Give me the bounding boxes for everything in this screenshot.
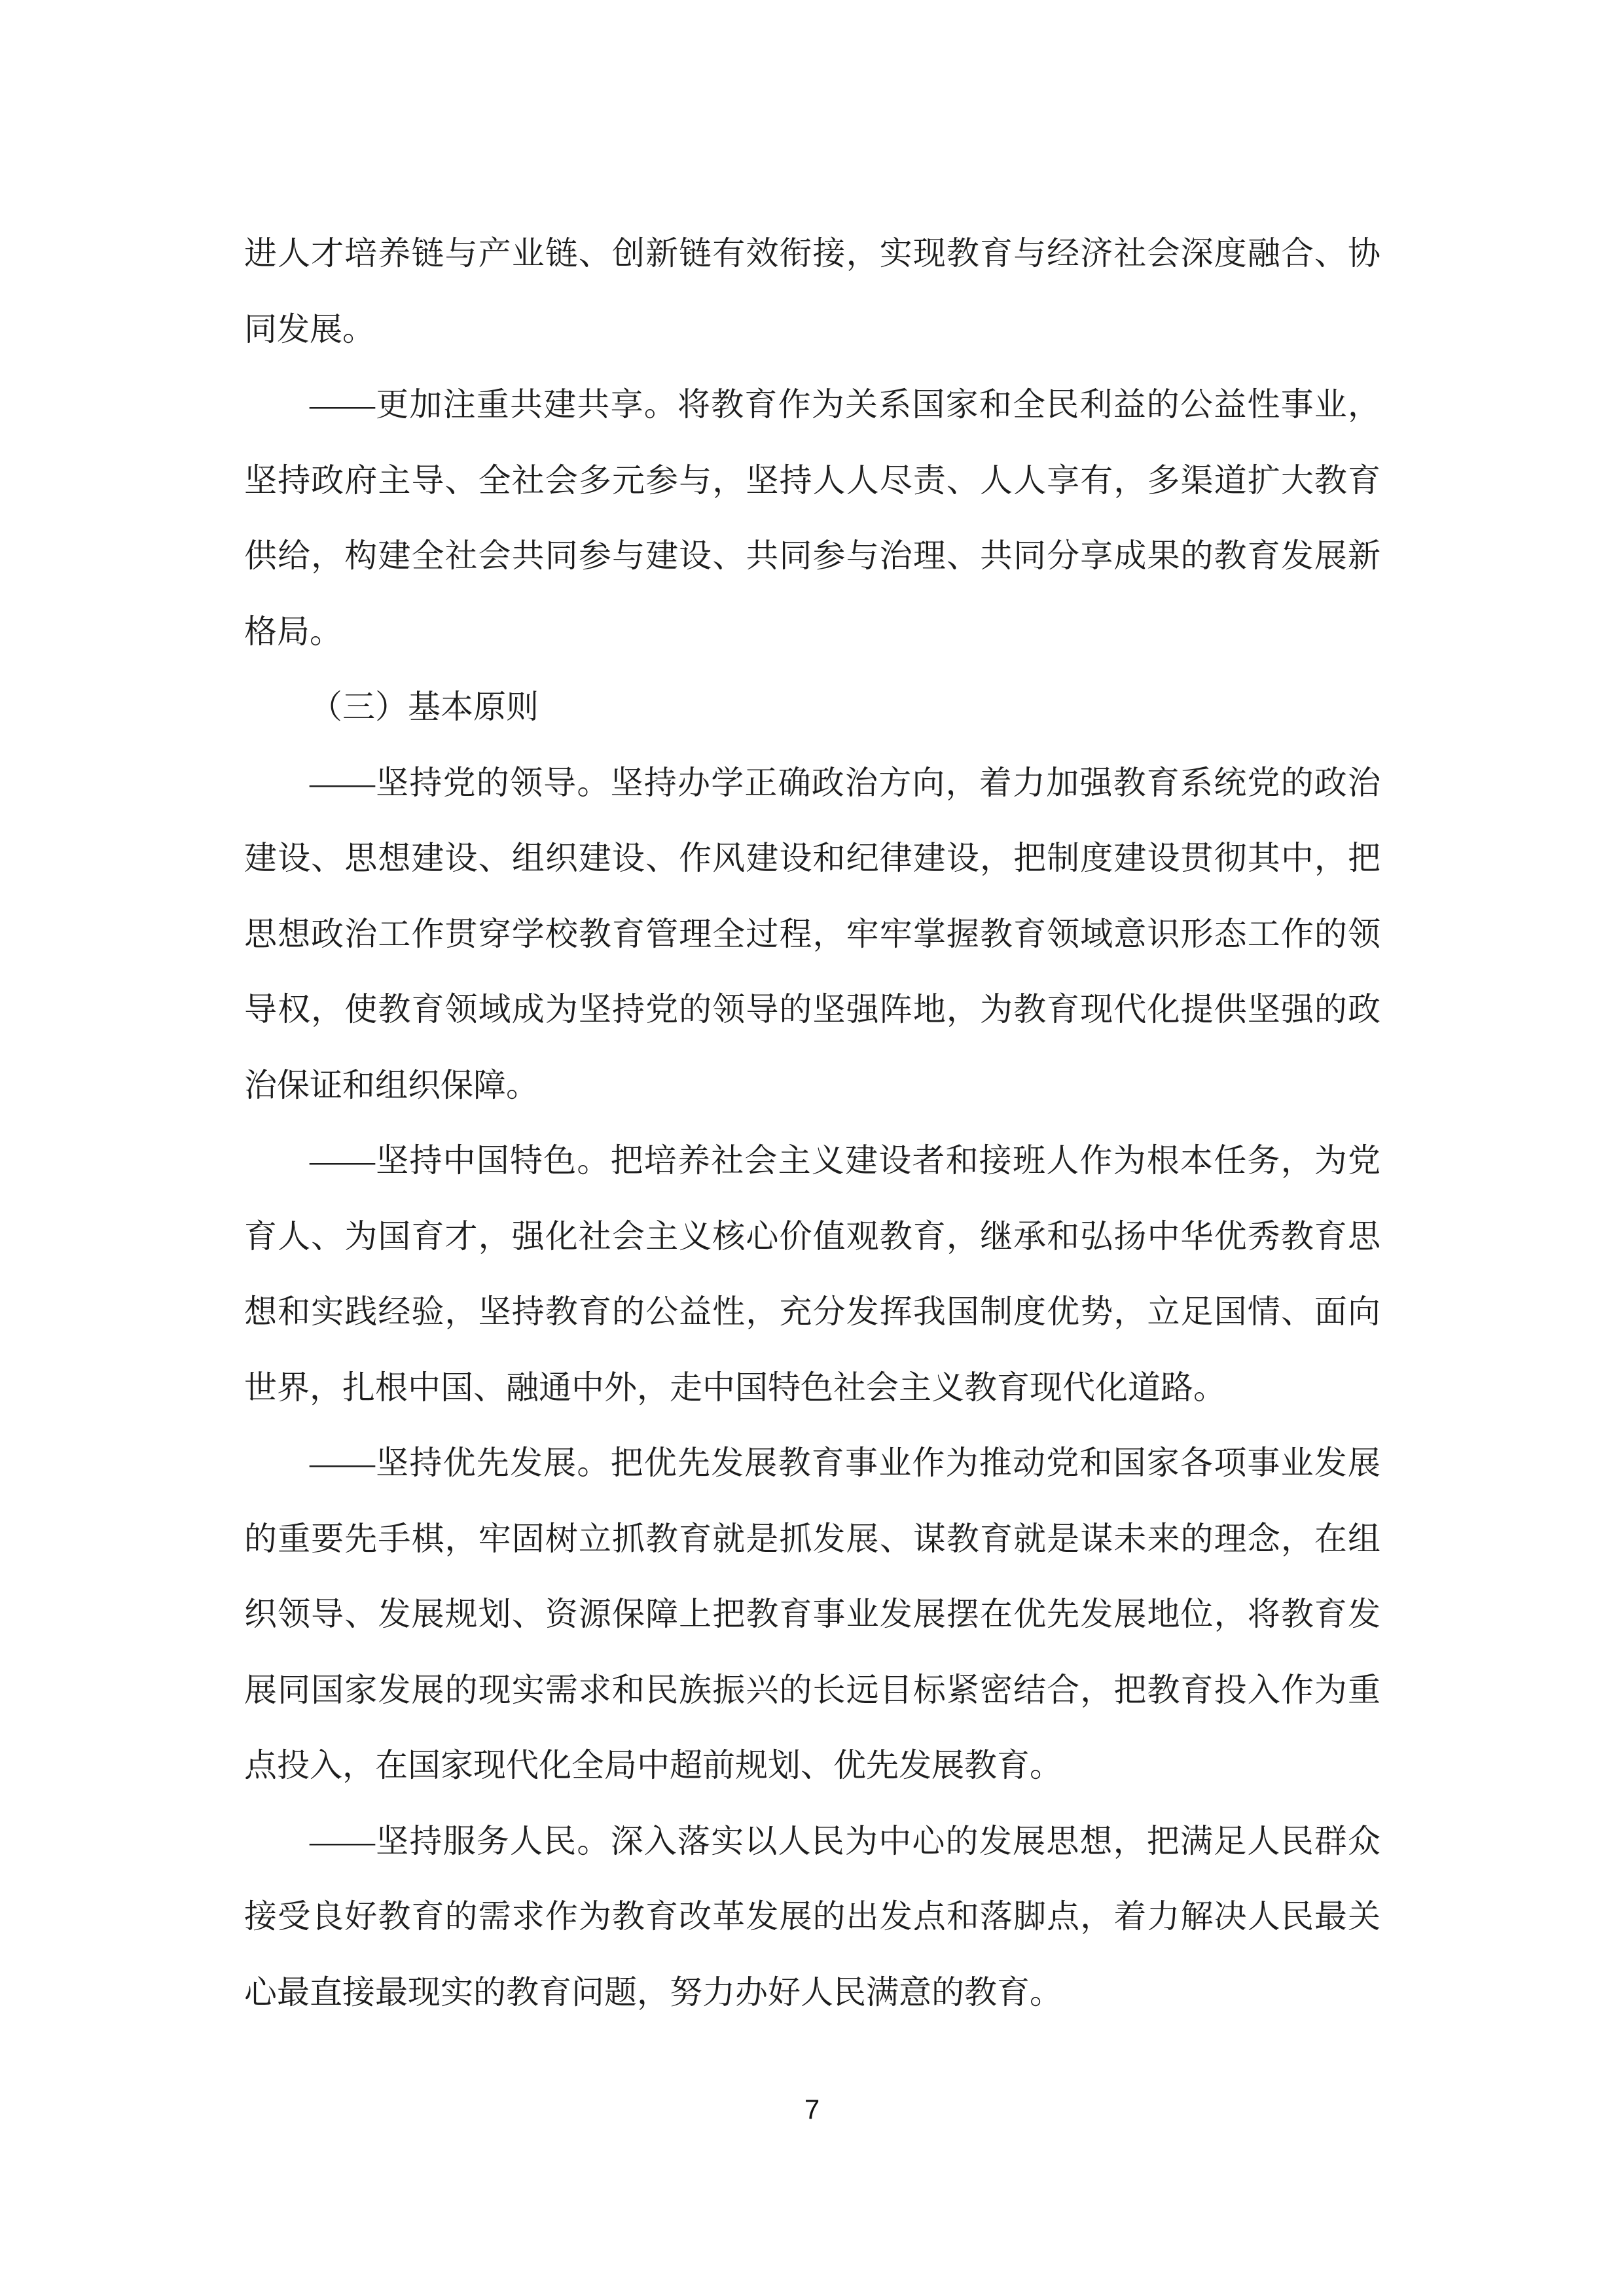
text-body: 进人才培养链与产业链、创新链有效衔接，实现教育与经济社会深度融合、协同发展。 —… — [244, 216, 1380, 2030]
paragraph: ——更加注重共建共享。将教育作为关系国家和全民利益的公益性事业，坚持政府主导、全… — [244, 367, 1380, 670]
page-number: 7 — [0, 2093, 1624, 2126]
section-heading: （三）基本原则 — [244, 670, 1380, 745]
paragraph: ——坚持中国特色。把培养社会主义建设者和接班人作为根本任务，为党育人、为国育才，… — [244, 1123, 1380, 1426]
paragraph: ——坚持服务人民。深入落实以人民为中心的发展思想，把满足人民群众接受良好教育的需… — [244, 1804, 1380, 2031]
document-page: 进人才培养链与产业链、创新链有效衔接，实现教育与经济社会深度融合、协同发展。 —… — [0, 0, 1624, 2296]
paragraph: ——坚持优先发展。把优先发展教育事业作为推动党和国家各项事业发展的重要先手棋，牢… — [244, 1426, 1380, 1804]
paragraph: ——坚持党的领导。坚持办学正确政治方向，着力加强教育系统党的政治建设、思想建设、… — [244, 745, 1380, 1124]
paragraph-continuation: 进人才培养链与产业链、创新链有效衔接，实现教育与经济社会深度融合、协同发展。 — [244, 216, 1380, 367]
